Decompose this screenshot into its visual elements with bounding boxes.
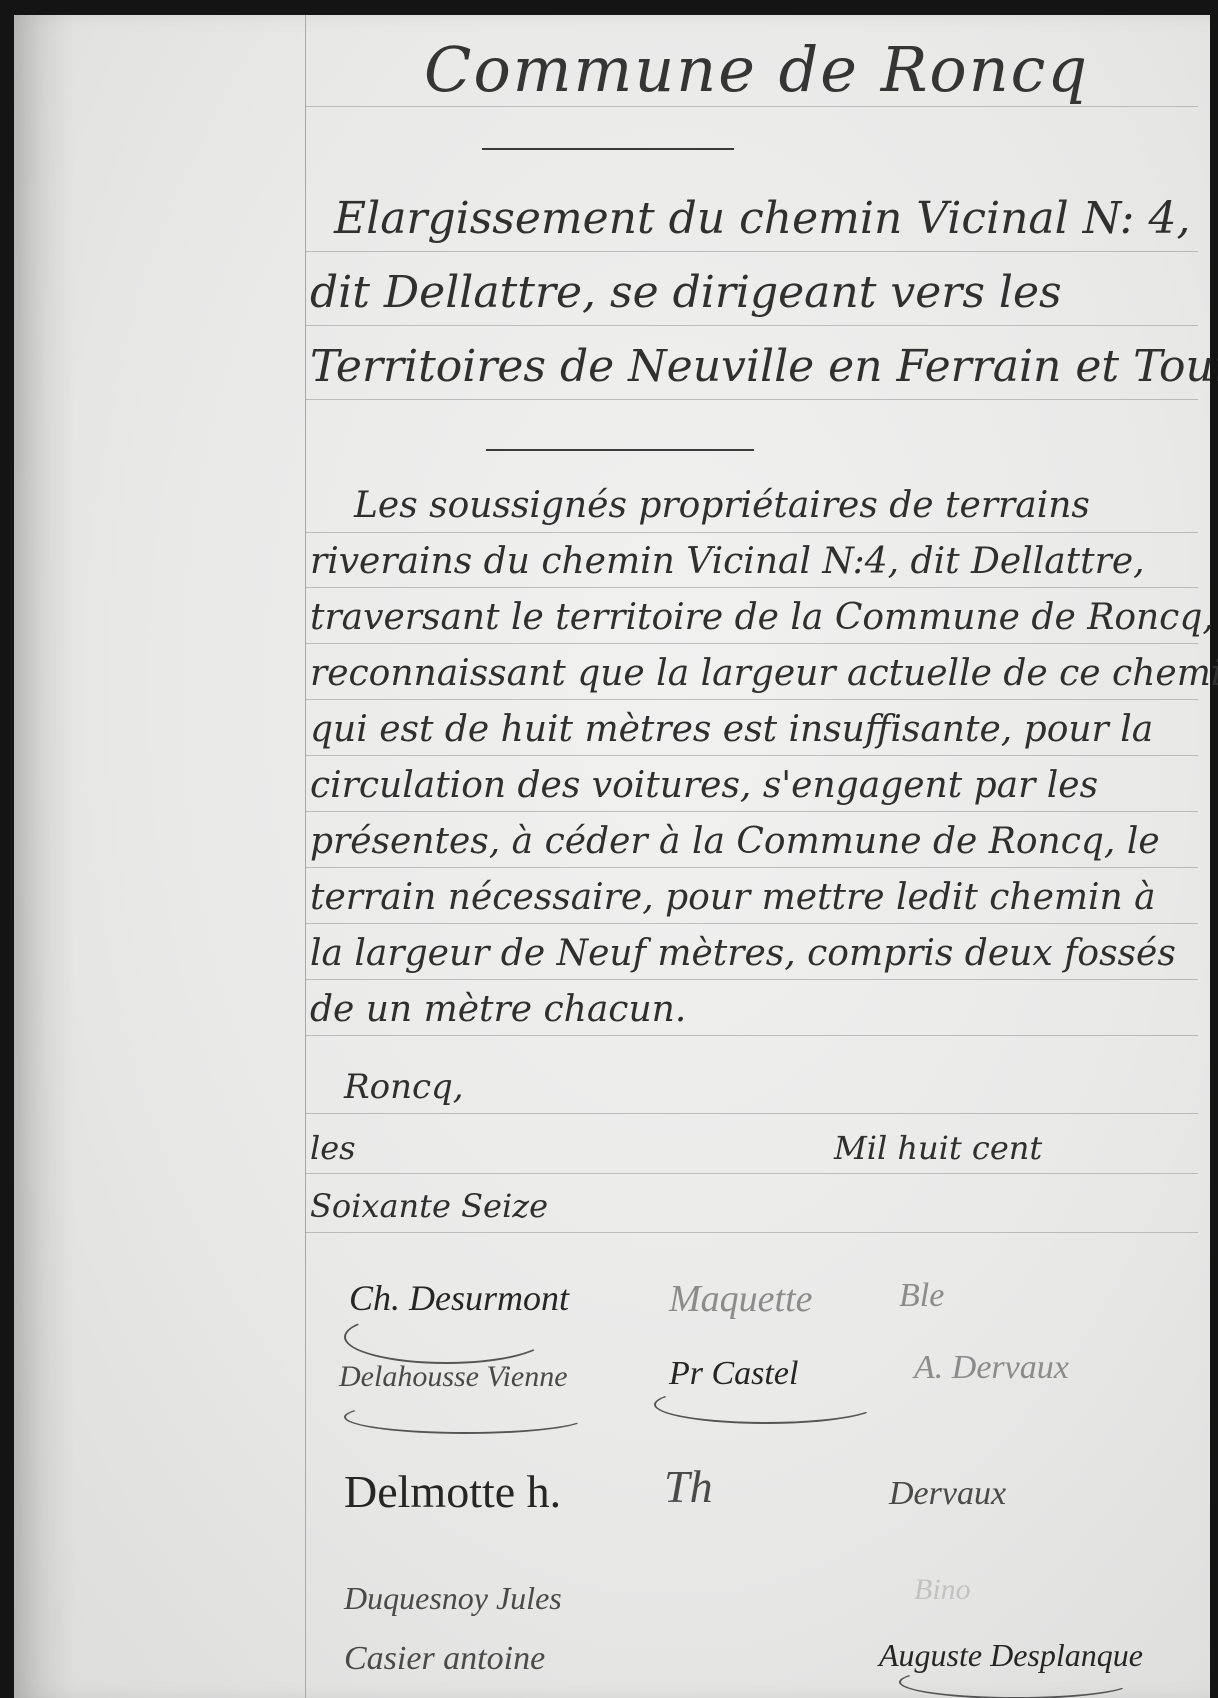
ruled-line [305,699,1198,700]
body-line-6: circulation des voitures, s'engagent par… [310,765,1098,806]
body-line-8: terrain nécessaire, pour mettre ledit ch… [310,877,1156,918]
signature-flourish [654,1385,878,1424]
date-prefix: les [310,1129,356,1167]
signature-flourish [344,1400,588,1434]
signature-casier: Casier antoine [344,1640,545,1678]
signature-ble: Ble [899,1277,944,1315]
signature-delmotte: Delmotte h. [344,1465,561,1518]
ruled-line [305,1173,1198,1174]
ruled-line [305,643,1198,644]
ruled-line [305,979,1198,980]
title-underline [482,148,734,150]
body-line-10: de un mètre chacun. [310,989,686,1030]
document-title: Commune de Roncq [424,33,1089,106]
document-page: Commune de Roncq Elargissement du chemin… [14,15,1210,1698]
ruled-line [305,867,1198,868]
signature-flourish [344,1310,548,1364]
ruled-line [305,811,1198,812]
margin-rule [305,15,306,1698]
signature-maquette: Maquette [669,1277,813,1321]
section-divider [486,449,754,451]
date-year-part1: Mil huit cent [834,1129,1042,1167]
date-year-part2: Soixante Seize [310,1187,548,1225]
ruled-line [305,1035,1198,1036]
body-line-2: riverains du chemin Vicinal N:4, dit Del… [310,541,1145,582]
ruled-line [305,1232,1198,1233]
ruled-line [305,106,1198,107]
ruled-line [305,587,1198,588]
ruled-line [305,325,1198,326]
body-line-4: reconnaissant que la largeur actuelle de… [310,653,1218,694]
subtitle-line-1: Elargissement du chemin Vicinal N: 4, [334,193,1190,244]
ruled-line [305,923,1198,924]
body-line-9: la largeur de Neuf mètres, compris deux … [310,933,1176,974]
edge-stain [14,15,74,1698]
subtitle-line-3: Territoires de Neuville en Ferrain et To… [310,341,1218,392]
signature-dervaux: Dervaux [889,1475,1006,1513]
signature-delahousse: Delahousse Vienne [339,1360,568,1394]
ruled-line [305,399,1198,400]
ruled-line [305,755,1198,756]
signature-bino: Bino [914,1573,971,1607]
body-line-3: traversant le territoire de la Commune d… [310,597,1214,638]
body-line-1: Les soussignés propriétaires de terrains [354,485,1090,526]
subtitle-line-2: dit Dellattre, se dirigeant vers les [310,267,1062,318]
ruled-line [305,251,1198,252]
body-line-5: qui est de huit mètres est insuffisante,… [310,709,1153,750]
signature-flourish [899,1665,1133,1698]
body-line-7: présentes, à céder à la Commune de Roncq… [310,821,1160,862]
place-line: Roncq, [344,1067,464,1107]
ruled-line [305,1113,1198,1114]
signature-duquesnoy: Duquesnoy Jules [344,1580,562,1617]
signature-th: Th [664,1460,713,1513]
ruled-line [305,532,1198,533]
signature-a-dervaux: A. Dervaux [914,1349,1069,1387]
